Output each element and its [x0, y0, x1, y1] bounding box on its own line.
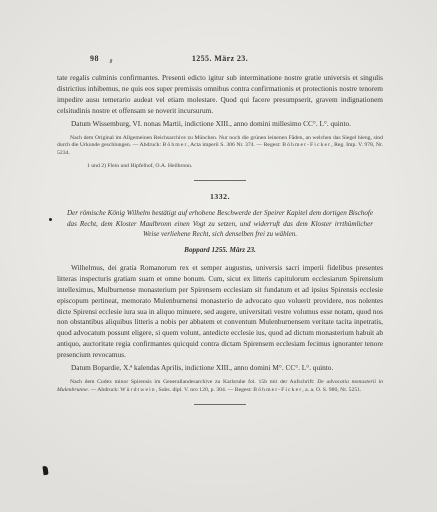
cited-author: Böhmer-Ficker: [282, 142, 331, 148]
running-header-date: 1255. März 23.: [57, 54, 383, 63]
footnote: 1 und 2) Flein und Hipfelhof, O.A. Heilb…: [57, 163, 383, 171]
note-text: , Subs. dipl. V. nro 120, p. 304. — Rege…: [156, 387, 254, 393]
running-header: 98 1255. März 23.: [57, 54, 383, 66]
note-text: , Acta imperii S. 306 Nr. 374. — Regest:: [187, 142, 282, 148]
charter-prev-source-note: Nach dem Original im Allgemeinen Reichsa…: [57, 135, 383, 159]
entry-dateline: Boppard 1255. März 23.: [57, 246, 383, 254]
note-text: — Abdruck:: [89, 387, 120, 393]
cited-author: Böhmer: [163, 142, 188, 148]
charter-source-note: Nach dem Codex minor Spirensis im Genera…: [57, 379, 383, 395]
section-divider: [194, 180, 246, 181]
entry-regest-summary: Der römische König Wilhelm bestätigt auf…: [57, 208, 383, 240]
ink-blot: [42, 466, 48, 476]
note-text: Nach dem Codex minor Spirensis im Genera…: [70, 379, 317, 385]
entry-number: 1332.: [57, 192, 383, 201]
charter-text: Wilhelmus, dei gratia Romanorum rex et s…: [57, 263, 383, 361]
text-block: 98 1255. März 23. tate regalis culminis …: [57, 54, 383, 405]
cited-author: Würdtwein: [120, 387, 156, 393]
end-divider: [194, 404, 246, 405]
note-text: , a. a. O. S. 980, Nr. 5251.: [302, 387, 361, 393]
cited-author: Böhmer-Ficker: [253, 387, 302, 393]
charter-datum-line: Datum Bopardie, X.ª kalendas Aprilis, in…: [57, 363, 383, 374]
charter-prev-text-continuation: tate regalis culminis confirmantes. Pres…: [57, 73, 383, 117]
charter-prev-datum-line: Datum Wissemburg, VI. nonas Martii, indi…: [57, 119, 383, 130]
scanned-book-page: 98 1255. März 23. tate regalis culminis …: [0, 0, 437, 512]
ink-speck: [49, 218, 52, 221]
